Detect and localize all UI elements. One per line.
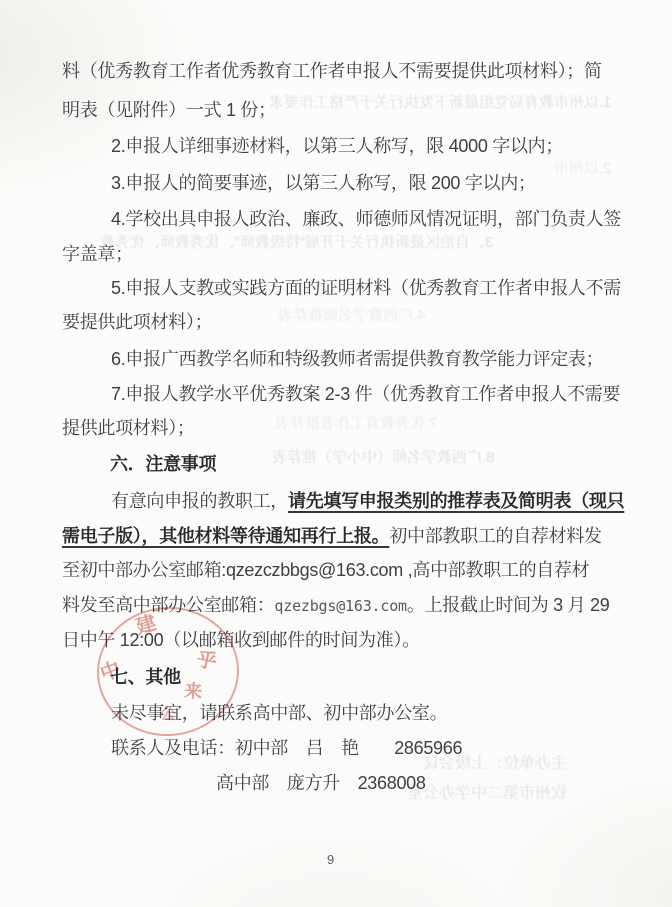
stamp-character: 中 <box>95 653 124 687</box>
text-segment: 。上报截止时间为 3 月 29 <box>407 595 610 615</box>
contact-line-junior: 联系人及电话：初中部 吕 艳 2865966 <box>111 734 462 760</box>
doc-notes-para-line1: 有意向申报的教职工，请先填写申报类别的推荐表及简明表（现只 <box>111 487 624 513</box>
bold-underline-segment: 请先填写申报类别的推荐表及简明表（现只 <box>288 491 624 511</box>
stamp-character: 公 <box>160 701 176 724</box>
bleedthrough-line: 钦州市第二中学办公室 <box>407 780 567 803</box>
text-segment: 有意向申报的教职工， <box>111 491 288 511</box>
text-segment: 初中部教职工的自荐材料发 <box>389 526 601 546</box>
page-number: 9 <box>327 852 334 867</box>
bold-underline-segment: 需电子版），其他材料等待通知再行上报。 <box>62 526 389 546</box>
bleedthrough-line: 3、自治区最新执行关于开展“特级教师”、优秀教师、优秀教 <box>100 231 493 252</box>
doc-item-6: 6.申报广西教学名师和特级教师者需提供教育教学能力评定表； <box>111 345 603 371</box>
bleedthrough-line: 1.以州市教育局党组最新下发执行关于严格工作要求 <box>269 91 612 112</box>
scanned-document-page: 1.以州市教育局党组最新下发执行关于严格工作要求 2.以州市 3、自治区最新执行… <box>0 0 672 907</box>
doc-notes-para-line3: 至初中部办公室邮箱:qzezczbbgs@163.com ,高中部教职工的自荐材 <box>62 556 589 582</box>
doc-item-2: 2.申报人详细事迹材料，以第三人称写，限 4000 字以内； <box>111 132 563 158</box>
doc-line-brief-form: 明表（见附件）一式 1 份； <box>62 96 276 122</box>
bleedthrough-line: 7.优秀教育工作者推荐表 <box>275 412 438 433</box>
bleedthrough-line: 8.广西教学名师（中小学）推荐表 <box>272 446 495 467</box>
contact-line-senior: 高中部 庞方升 2368008 <box>216 769 426 795</box>
section-heading-notes: 六．注意事项 <box>110 450 216 476</box>
doc-item-5-cont: 要提供此项材料）； <box>62 308 212 334</box>
email-address: qzezbgs@163.com <box>274 597 406 615</box>
stamp-character: 建 <box>132 606 159 639</box>
doc-item-7: 7.申报人教学水平优秀教案 2-3 件（优秀教育工作者申报人不需要 <box>111 380 620 406</box>
doc-notes-para-line2: 需电子版），其他材料等待通知再行上报。初中部教职工的自荐材料发 <box>62 522 602 548</box>
stamp-character: 乎 <box>194 642 220 675</box>
doc-item-4: 4.学校出具申报人政治、廉政、师德师风情况证明，部门负责人签 <box>111 205 621 231</box>
doc-item-7-cont: 提供此项材料）； <box>62 414 195 440</box>
doc-item-3: 3.申报人的简要事迹，以第三人称写，限 200 字以内； <box>111 169 536 195</box>
doc-item-5: 5.申报人支教或实践方面的证明材料（优秀教育工作者申报人不需 <box>111 274 621 300</box>
doc-item-4-cont: 字盖章； <box>62 240 133 266</box>
stamp-character: 来 <box>183 677 203 704</box>
bleedthrough-line: 4.广西教学名师推荐表 <box>278 304 426 325</box>
bleedthrough-line: 2.以州市 <box>554 157 612 178</box>
doc-line-materials-note: 料（优秀教育工作者优秀教育工作者申报人不需要提供此项材料）；简 <box>62 57 602 83</box>
